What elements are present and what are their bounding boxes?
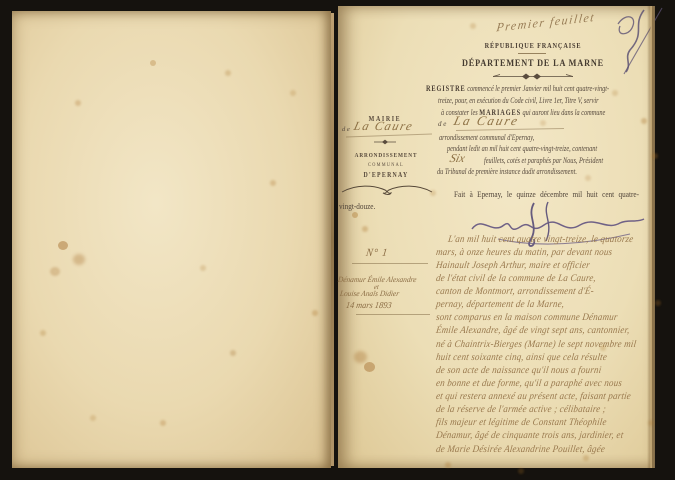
handwritten-commune-name: La Caure — [452, 113, 521, 129]
act-body-line: de l'état civil de la commune de La Caur… — [435, 273, 639, 284]
fait-line-2: vingt-douze. — [339, 201, 375, 211]
act-body-line: huit cent soixante cinq, ainsi que cela … — [435, 352, 639, 363]
foxing-blotch-left — [58, 241, 68, 250]
mairie-commune-underline — [346, 133, 432, 137]
mairie-de-prefix: d e — [342, 126, 350, 133]
registre-line-8: du Tribunal de première instance dudit a… — [437, 167, 577, 176]
ornament-under-department — [493, 72, 573, 81]
act-body-line: L'an mil huit cent quatre vingt-treize, … — [447, 234, 651, 245]
act-body-line: en bonne et due forme, qu'il a paraphé a… — [435, 378, 639, 389]
registre-line-7: feuillets, cotés et paraphés par Nous, P… — [484, 156, 603, 165]
arrondissement-label: ARRONDISSEMENT — [352, 152, 419, 159]
blank-left-page — [12, 11, 331, 468]
scanned-register-photo: Premier feuillet RÉPUBLIQUE FRANÇAISE DÉ… — [0, 0, 675, 480]
register-title-page: Premier feuillet RÉPUBLIQUE FRANÇAISE DÉ… — [338, 6, 655, 468]
swash-ornament — [340, 182, 434, 196]
epernay-label: D'EPERNAY — [352, 170, 419, 179]
rule-under-republic — [518, 53, 546, 54]
handwritten-feuillets-count: Six — [448, 151, 466, 166]
act-body-line: Hainault Joseph Arthur, maire et officie… — [435, 260, 639, 271]
act-body-line: pernay, département de la Marne, — [435, 299, 639, 310]
act-body-line: né à Chaintrix-Bierges (Marne) le sept n… — [435, 339, 639, 350]
act-body-line: de son acte de naissance qu'il nous a fo… — [435, 365, 639, 376]
foxing-spots-left — [150, 60, 156, 66]
foxing-blotch-right — [364, 362, 375, 372]
department-title: DÉPARTEMENT DE LA MARNE — [432, 58, 634, 69]
page-gutter-edge — [331, 13, 334, 466]
small-diamond-rule — [374, 139, 396, 145]
mairie-commune-handwritten: La Caure — [352, 119, 415, 134]
margin-bride-name: Louise Anaïs Didier — [339, 289, 399, 298]
margin-record-rule — [356, 314, 430, 315]
act-body-line: canton de Montmort, arrondissement d'É- — [435, 286, 639, 297]
registre-line-2: treize, pour, en exécution du Code civil… — [438, 96, 599, 105]
act-body-line: Dénamur, âgé de cinquante trois ans, jar… — [435, 430, 639, 441]
act-number: N° 1 — [365, 247, 389, 259]
registre-line-6: pendant ledit an mil huit cent quatre-vi… — [447, 144, 597, 153]
registre-word: REGISTRE — [426, 83, 466, 93]
registre-de-prefix: d e — [438, 120, 446, 128]
margin-act-date: 14 mars 1893 — [345, 300, 392, 310]
act-number-rule — [352, 263, 428, 264]
act-body-line: Émile Alexandre, âgé de vingt sept ans, … — [435, 325, 639, 336]
communal-label: COMMUNAL — [352, 162, 419, 168]
foxing-spots-right — [352, 212, 358, 218]
act-body-line: fils majeur et légitime de Constant Théo… — [435, 417, 639, 428]
act-body-line: de Marie Désirée Alexandrine Pouillet, â… — [435, 444, 639, 455]
act-body-line: sont comparus en la maison commune Dénam… — [435, 312, 639, 323]
act-body-line: mars, à onze heures du matin, par devant… — [435, 247, 639, 258]
registre-line-1: REGISTRE commencé le premier Janvier mil… — [426, 84, 609, 93]
act-body-line: de la réserve de l'armée active ; céliba… — [435, 404, 639, 415]
registre-line-5: arrondissement communal d'Epernay, — [439, 133, 534, 142]
act-body-line: et qui restera annexé au présent acte, f… — [435, 391, 639, 402]
republic-title: RÉPUBLIQUE FRANÇAISE — [453, 41, 613, 50]
fait-line-1: Fait à Epernay, le quinze décembre mil h… — [454, 189, 639, 199]
